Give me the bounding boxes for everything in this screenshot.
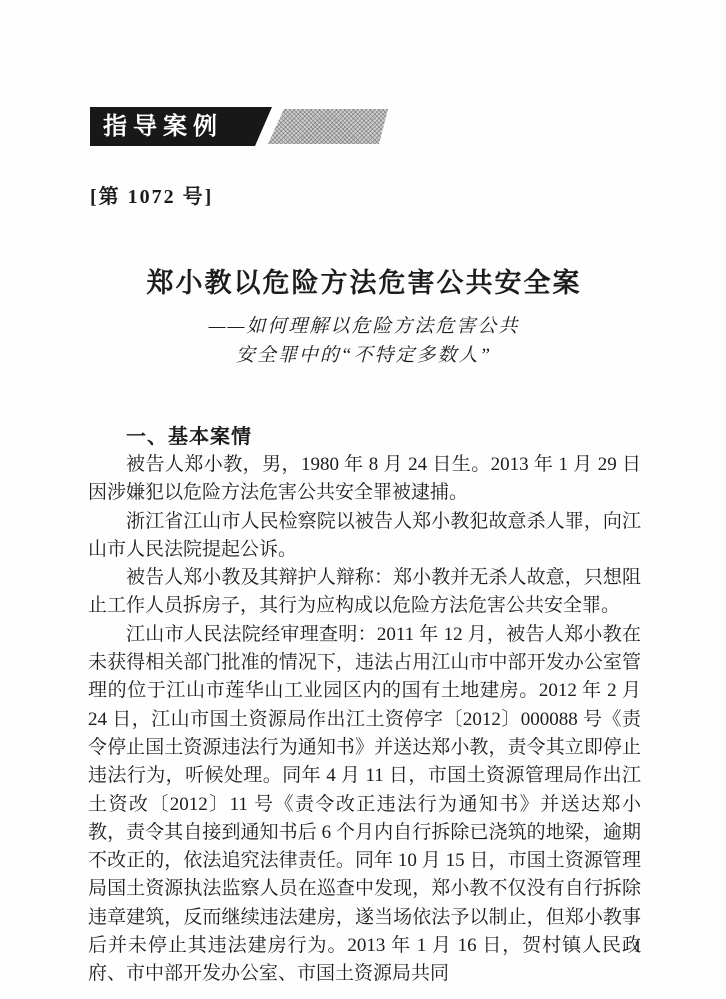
paragraph-prosecution: 浙江省江山市人民检察院以被告人郑小教犯故意杀人罪，向江山市人民法院提起公诉。 [88,508,641,565]
paragraph-defendant-info: 被告人郑小教，男，1980 年 8 月 24 日生。2013 年 1 月 29 … [88,451,641,508]
banner-label: 指导案例 [90,107,272,146]
case-body: 被告人郑小教，男，1980 年 8 月 24 日生。2013 年 1 月 29 … [88,451,641,989]
page-number: 1 [634,937,643,957]
document-page: 指导案例 [第 1072 号] 郑小教以危险方法危害公共安全案 ——如何理解以危… [0,0,726,999]
paragraph-defense: 被告人郑小教及其辩护人辩称：郑小教并无杀人故意，只想阻止工作人员拆房子，其行为应… [88,564,641,621]
banner-hatch-decoration [268,109,388,144]
subtitle-line-1: ——如何理解以危险方法危害公共 [88,312,640,341]
section-heading-basic-facts: 一、基本案情 [126,420,252,449]
case-title: 郑小教以危险方法危害公共安全案 [88,261,640,300]
subtitle-line-2: 安全罪中的“不特定多数人” [88,341,640,370]
paragraph-court-findings: 江山市人民法院经审理查明：2011 年 12 月，被告人郑小教在未获得相关部门批… [88,621,641,989]
case-number: [第 1072 号] [90,180,213,209]
guiding-case-banner: 指导案例 [90,107,390,146]
banner-black-flag: 指导案例 [90,107,272,146]
case-subtitle: ——如何理解以危险方法危害公共 安全罪中的“不特定多数人” [88,312,640,370]
